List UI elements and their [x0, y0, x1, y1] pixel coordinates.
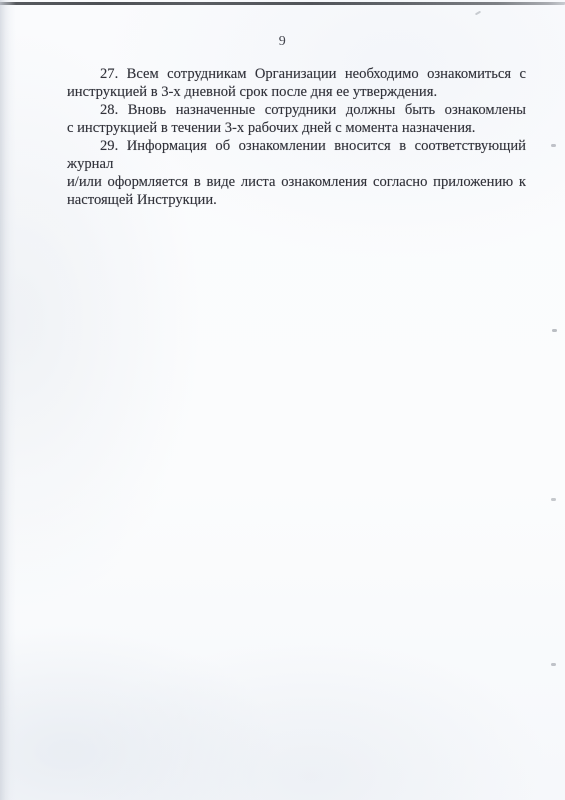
text-line: 28. Вновь назначенные сотрудники должны … [67, 101, 526, 119]
text-line: с инструкцией в течении 3-х рабочих дней… [67, 119, 526, 137]
scanned-document-page: 9 27. Всем сотрудникам Организации необх… [0, 0, 565, 800]
scan-speck [551, 498, 556, 501]
scanner-left-edge-shadow [0, 0, 16, 800]
text-line: инструкцией в 3-х дневной срок после дня… [67, 83, 526, 101]
scan-speck [551, 144, 556, 147]
document-text-block: 27. Всем сотрудникам Организации необход… [67, 65, 526, 209]
text-line: 27. Всем сотрудникам Организации необход… [67, 65, 526, 83]
text-line: и/или оформляется в виде листа ознакомле… [67, 173, 526, 191]
paragraph-27: 27. Всем сотрудникам Организации необход… [67, 65, 526, 101]
scan-speck [551, 663, 556, 666]
text-line: 29. Информация об ознакомлении вносится … [67, 137, 526, 173]
paragraph-29: 29. Информация об ознакомлении вносится … [67, 137, 526, 209]
text-line: настоящей Инструкции. [67, 191, 526, 209]
scan-speck [552, 329, 557, 332]
paragraph-28: 28. Вновь назначенные сотрудники должны … [67, 101, 526, 137]
page-number: 9 [0, 34, 565, 50]
scan-speck [475, 11, 481, 16]
scanner-top-edge-line [0, 2, 565, 5]
